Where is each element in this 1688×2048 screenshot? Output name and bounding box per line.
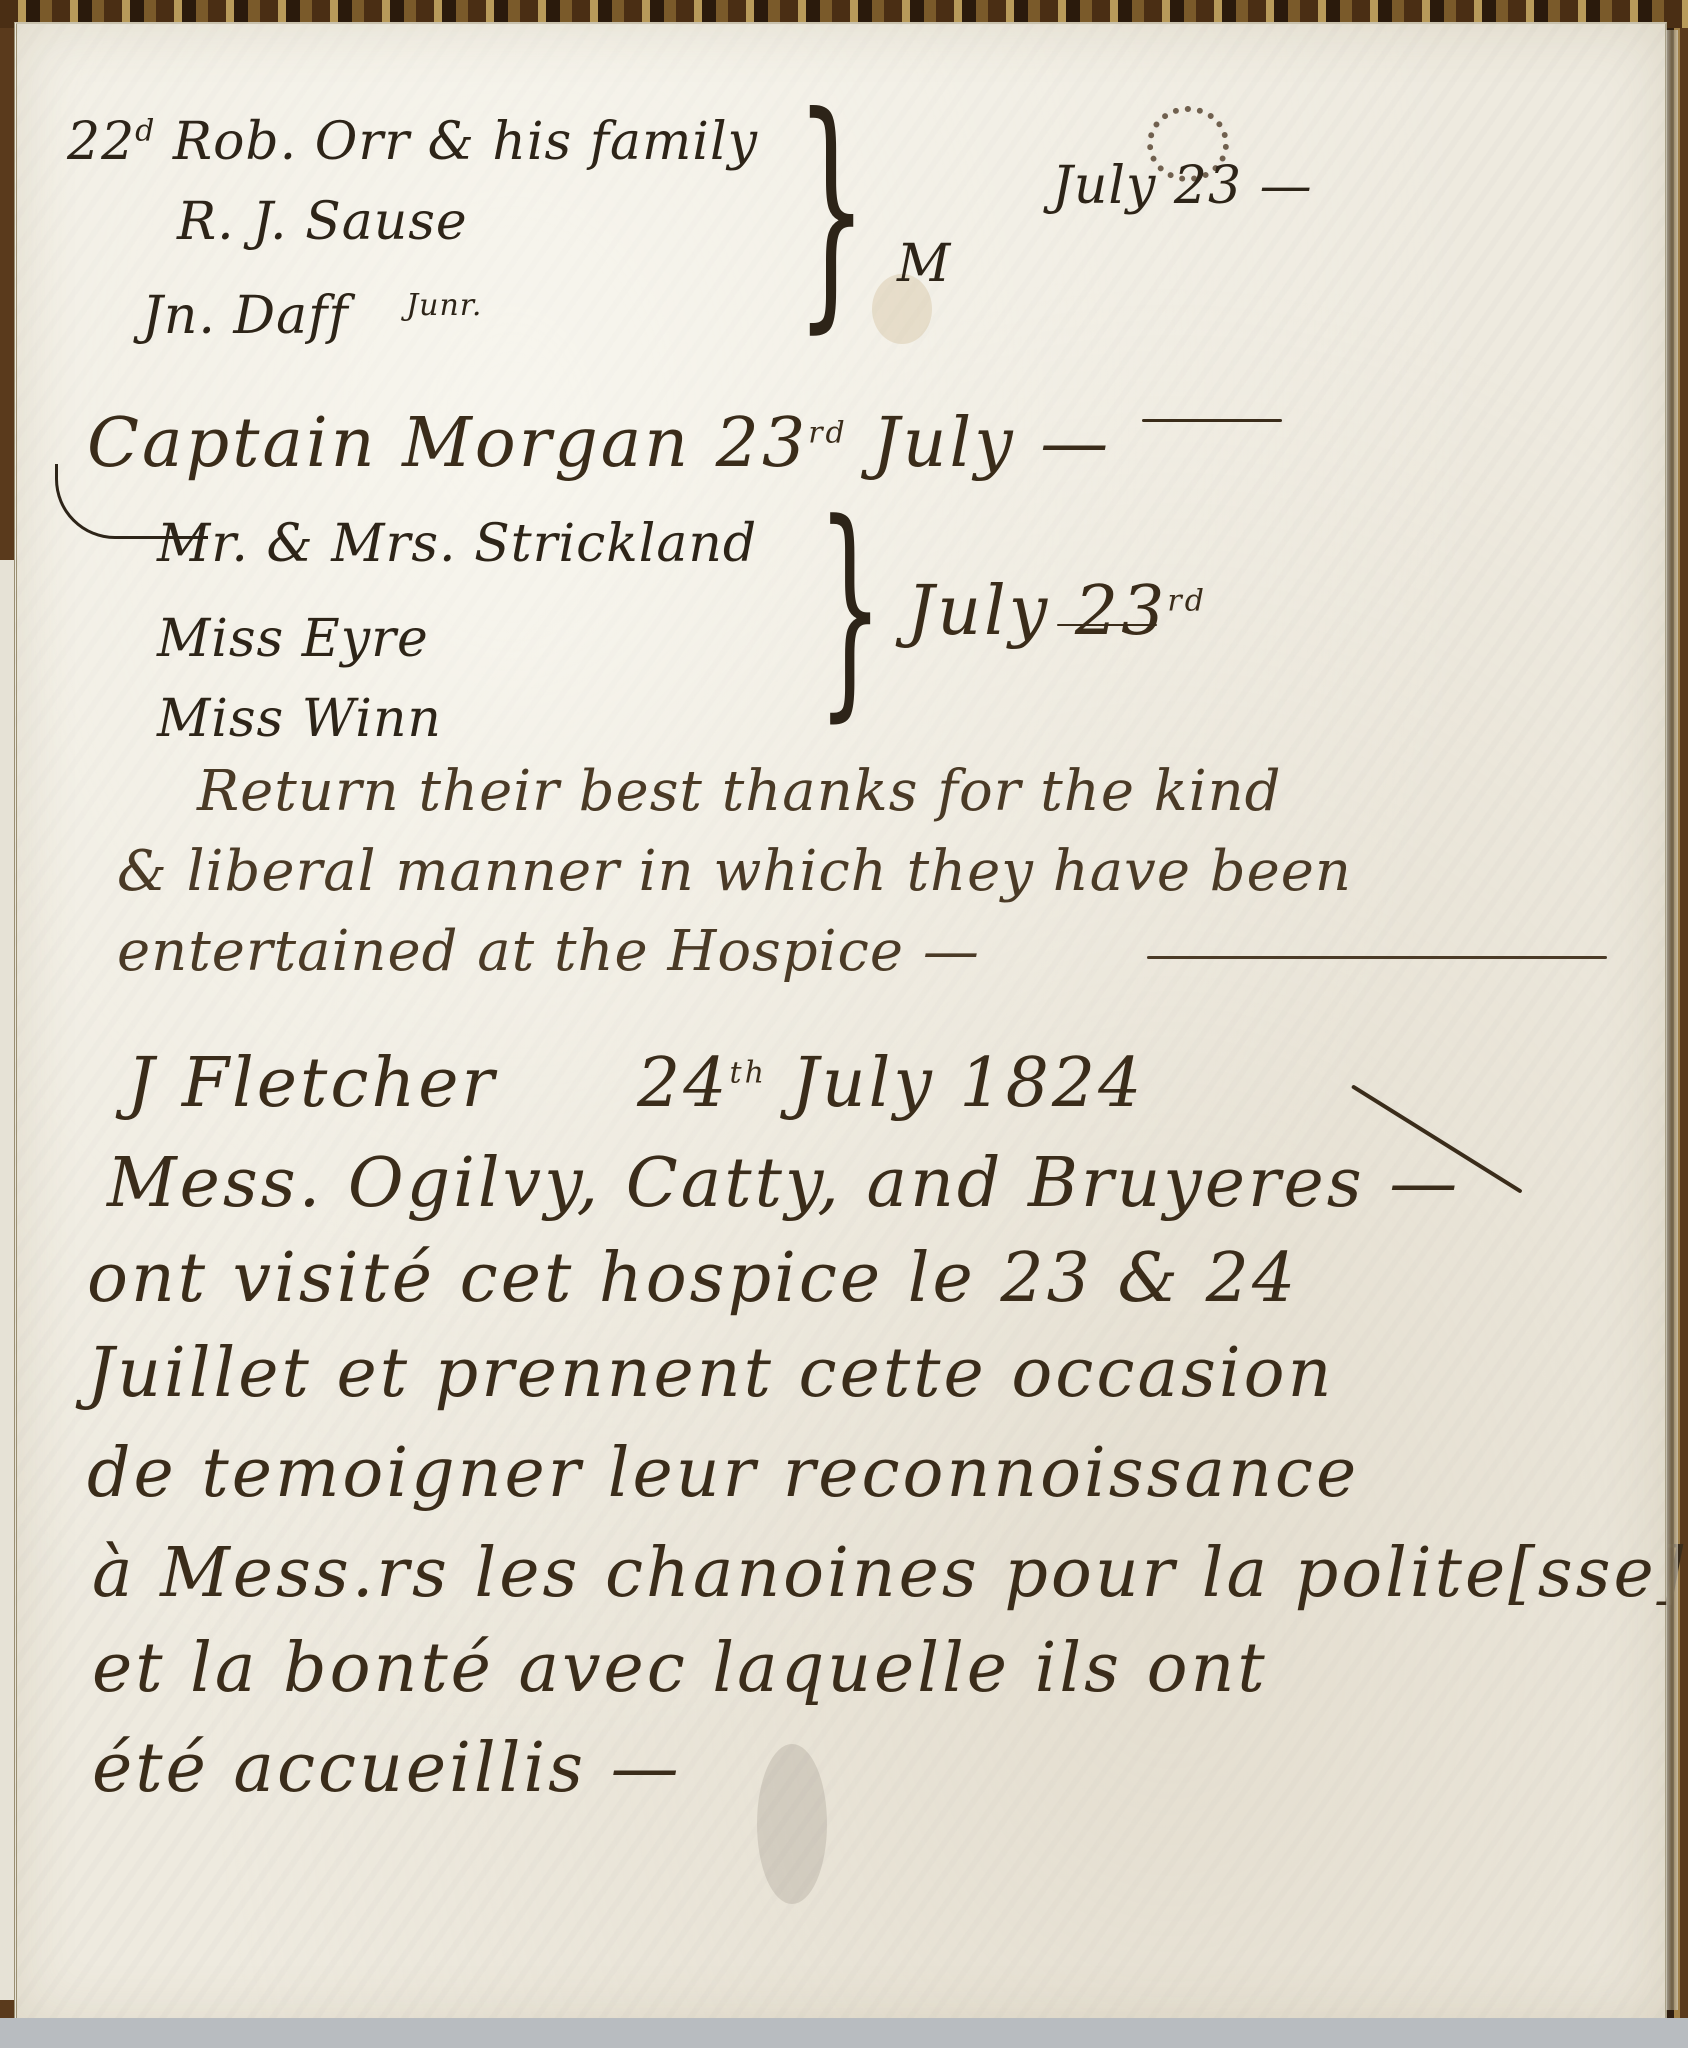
entry1-name-orr: Rob. Orr & his family bbox=[173, 112, 758, 172]
entry2-date2-text: July 23 bbox=[907, 572, 1167, 651]
entry1-mark: M bbox=[897, 234, 951, 294]
scan-background bbox=[0, 2018, 1688, 2048]
entry4-line1: Mess. Ogilvy, Catty, and Bruyeres — bbox=[107, 1144, 1460, 1223]
manuscript-page: 22d Rob. Orr & his family R. J. Sause Jn… bbox=[14, 22, 1667, 2024]
entry4-line3: Juillet et prennent cette occasion bbox=[87, 1334, 1334, 1413]
entry4-line2: ont visité cet hospice le 23 & 24 bbox=[87, 1239, 1298, 1318]
entry2-message-line2: & liberal manner in which they have been bbox=[117, 839, 1352, 904]
entry1-name-daff: Jn. Daff bbox=[142, 286, 349, 346]
entry3-date-sup: th bbox=[730, 1055, 767, 1090]
entry3-signature: J Fletcher bbox=[127, 1044, 497, 1123]
entry2-message-line3: entertained at the Hospice — bbox=[117, 919, 980, 984]
entry2-captain-date: July — bbox=[872, 404, 1111, 483]
manuscript-scan: 22d Rob. Orr & his family R. J. Sause Jn… bbox=[0, 0, 1688, 2048]
entry2-brace: } bbox=[817, 494, 883, 724]
entry1-line3: Jn. Daff Junr. bbox=[142, 286, 482, 346]
entry1-brace: } bbox=[796, 84, 868, 334]
entry3-date-day: 24 bbox=[637, 1044, 730, 1123]
binding-edge bbox=[1666, 30, 1678, 2010]
entry2-message-line1: Return their best thanks for the kind bbox=[197, 759, 1282, 824]
entry2-captain-sup: rd bbox=[808, 415, 848, 450]
entry1-junior: Junr. bbox=[406, 288, 482, 323]
entry2-captain-rule bbox=[1142, 419, 1282, 422]
entry2-date2-rule bbox=[1057, 624, 1157, 626]
entry1-line2: R. J. Sause bbox=[177, 192, 468, 252]
entry1-line1: 22d Rob. Orr & his family bbox=[67, 112, 758, 172]
entry4-line4: de temoigner leur reconnoissance bbox=[87, 1434, 1359, 1513]
entry1-date: July 23 — bbox=[1052, 156, 1313, 216]
entry2-eyre: Miss Eyre bbox=[157, 609, 429, 669]
entry2-captain: Captain Morgan 23rd July — bbox=[87, 404, 1111, 483]
entry1-name-sause: R. J. Sause bbox=[177, 192, 468, 252]
smudge-stain bbox=[757, 1744, 827, 1904]
entry2-message-rule bbox=[1147, 956, 1607, 959]
entry3-date: 24th July 1824 bbox=[637, 1044, 1144, 1123]
entry4-line7: été accueillis — bbox=[92, 1729, 682, 1808]
entry4-line5: à Mess.rs les chanoines pour la polite[s… bbox=[92, 1534, 1686, 1613]
entry2-date2-sup: rd bbox=[1167, 583, 1207, 618]
entry1-day: 22 bbox=[67, 112, 135, 172]
entry2-winn: Miss Winn bbox=[157, 689, 442, 749]
entry3-date-rest: July 1824 bbox=[792, 1044, 1145, 1123]
entry2-date2: July 23rd bbox=[907, 572, 1207, 651]
entry2-strickland: Mr. & Mrs. Strickland bbox=[157, 514, 757, 574]
entry1-day-sup: d bbox=[135, 114, 155, 149]
entry4-line6: et la bonté avec laquelle ils ont bbox=[92, 1629, 1268, 1708]
